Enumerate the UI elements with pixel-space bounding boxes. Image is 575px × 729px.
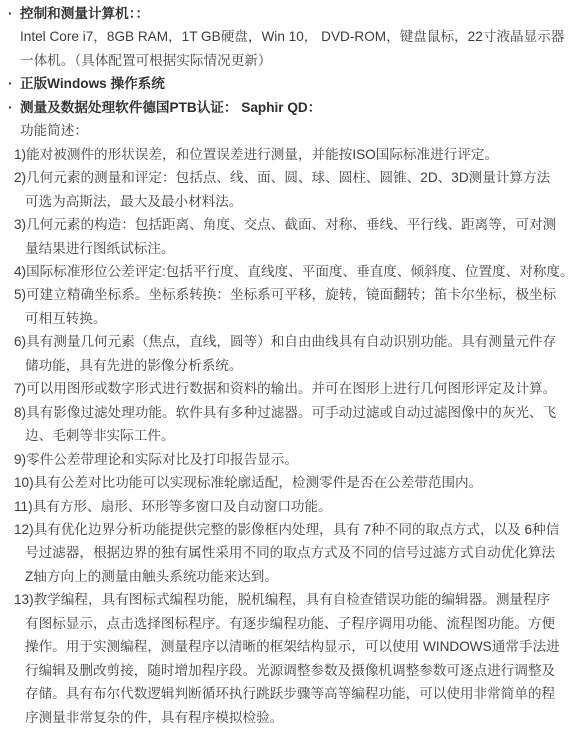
text-line: 12)具有优化边界分析功能提供完整的影像框内处理，具有 7种不同的取点方式，以及… — [0, 518, 575, 541]
text-line: 6)具有测量几何元素（焦点，直线，圆等）和自由曲线具有自动识别功能。具有测量元件… — [0, 330, 575, 353]
text-line-content: 正版Windows 操作系统 — [20, 76, 165, 91]
text-line-content: 5)可建立精确坐标系。坐标系转换：坐标系可平移，旋转，镜面翻转；笛卡尔坐标，极坐… — [14, 287, 556, 302]
text-line: 储功能，具有先进的影像分析系统。 — [0, 354, 575, 377]
text-line: Z轴方向上的测量由触头系统功能来达到。 — [0, 565, 575, 588]
text-line-content: 9)零件公差带理论和实际对比及打印报告显示。 — [14, 452, 298, 467]
text-line: 功能简述： — [0, 119, 575, 142]
bullet-icon: · — [8, 96, 20, 119]
text-line-content: 控制和测量计算机：： — [20, 6, 149, 21]
bullet-icon: · — [8, 72, 20, 95]
text-line-content: 储功能，具有先进的影像分析系统。 — [25, 358, 243, 373]
text-line: 11)具有方形、扇形、环形等多窗口及自动窗口功能。 — [0, 495, 575, 518]
text-line-content: 8)具有影像过滤处理功能。软件具有多种过滤器。可手动过滤或自动过滤图像中的灰光、… — [14, 405, 556, 420]
text-line-content: 3)几何元素的构造：包括距离、角度、交点、截面、对称、垂线、平行线、距离等，可对… — [14, 217, 556, 232]
bullet-icon: · — [8, 2, 20, 25]
text-line: 一体机。（具体配置可根据实际情况更新） — [0, 49, 575, 72]
text-line-content: 13)教学编程，具有图标式编程功能，脱机编程，具有自检查错误功能的编辑器。测量程… — [14, 592, 550, 607]
text-line: 号过滤器，根据边界的独有属性采用不同的取点方式及不同的信号过滤方式自动优化算法 — [0, 541, 575, 564]
text-line-content: 序测量非常复杂的件，具有程序模拟检验。 — [25, 710, 283, 725]
text-line: 序测量非常复杂的件，具有程序模拟检验。 — [0, 706, 575, 729]
text-line-content: 11)具有方形、扇形、环形等多窗口及自动窗口功能。 — [14, 499, 332, 514]
text-line-content: 2)几何元素的测量和评定：包括点、线、面、圆、球、圆柱、圆锥、2D、3D测量计算… — [14, 170, 550, 185]
text-line-content: Intel Core i7，8GB RAM，1T GB硬盘，Win 10， DV… — [20, 29, 564, 44]
text-line-content: 有图标显示，点击选择图标程序。有逐步编程功能、子程序调用功能、流程图功能。方便 — [25, 616, 555, 631]
text-line: 13)教学编程，具有图标式编程功能，脱机编程，具有自检查错误功能的编辑器。测量程… — [0, 588, 575, 611]
text-line-content: 12)具有优化边界分析功能提供完整的影像框内处理，具有 7种不同的取点方式，以及… — [14, 522, 559, 537]
text-line: 存储。具有布尔代数逻辑判断循环执行跳跃步骤等高等编程功能，可以使用非常简单的程 — [0, 682, 575, 705]
text-line-content: 存储。具有布尔代数逻辑判断循环执行跳跃步骤等高等编程功能，可以使用非常简单的程 — [25, 686, 555, 701]
text-line: 9)零件公差带理论和实际对比及打印报告显示。 — [0, 448, 575, 471]
text-line: 8)具有影像过滤处理功能。软件具有多种过滤器。可手动过滤或自动过滤图像中的灰光、… — [0, 401, 575, 424]
text-line: 行编辑及删改剪接，随时增加程序段。光源调整参数及摄像机调整参数可逐点进行调整及 — [0, 659, 575, 682]
text-line: 5)可建立精确坐标系。坐标系转换：坐标系可平移，旋转，镜面翻转；笛卡尔坐标，极坐… — [0, 283, 575, 306]
text-line: 2)几何元素的测量和评定：包括点、线、面、圆、球、圆柱、圆锥、2D、3D测量计算… — [0, 166, 575, 189]
text-line: 可选为高斯法，最大及最小材料法。 — [0, 190, 575, 213]
text-line-content: 操作。用于实测编程，测量程序以清晰的框架结构显示，可以使用 WINDOWS通常手… — [25, 639, 560, 654]
text-line: ·控制和测量计算机：： — [0, 2, 575, 25]
text-line-content: 号过滤器，根据边界的独有属性采用不同的取点方式及不同的信号过滤方式自动优化算法 — [25, 545, 555, 560]
text-line-content: 一体机。（具体配置可根据实际情况更新） — [20, 53, 271, 68]
text-line-content: 4)国际标准形位公差评定:包括平行度、直线度、平面度、垂直度、倾斜度、位置度、对… — [14, 264, 574, 279]
text-line-content: 功能简述： — [20, 123, 88, 138]
text-line-content: 可选为高斯法，最大及最小材料法。 — [25, 194, 243, 209]
text-line-content: 量结果进行图纸试标注。 — [25, 241, 175, 256]
document-page: ·控制和测量计算机：：Intel Core i7，8GB RAM，1T GB硬盘… — [0, 0, 575, 729]
text-line: 可相互转换。 — [0, 307, 575, 330]
text-line: 有图标显示，点击选择图标程序。有逐步编程功能、子程序调用功能、流程图功能。方便 — [0, 612, 575, 635]
text-line-content: 6)具有测量几何元素（焦点，直线，圆等）和自由曲线具有自动识别功能。具有测量元件… — [14, 334, 556, 349]
text-line: 7)可以用图形或数字形式进行数据和资料的输出。并可在图形上进行几何图形评定及计算… — [0, 377, 575, 400]
text-line-content: 测量及数据处理软件德国PTB认证： Saphir QD： — [20, 100, 321, 115]
text-line-content: 行编辑及删改剪接，随时增加程序段。光源调整参数及摄像机调整参数可逐点进行调整及 — [25, 663, 555, 678]
text-line: 10)具有公差对比功能可以实现标准轮廓适配，检测零件是否在公差带范围内。 — [0, 471, 575, 494]
document-body: ·控制和测量计算机：：Intel Core i7，8GB RAM，1T GB硬盘… — [0, 2, 575, 729]
text-line: ·测量及数据处理软件德国PTB认证： Saphir QD： — [0, 96, 575, 119]
text-line-content: 可相互转换。 — [25, 311, 107, 326]
text-line-content: 边、毛刺等非实际工件。 — [25, 428, 175, 443]
text-line: 3)几何元素的构造：包括距离、角度、交点、截面、对称、垂线、平行线、距离等，可对… — [0, 213, 575, 236]
text-line: 量结果进行图纸试标注。 — [0, 237, 575, 260]
text-line: 1)能对被测件的形状误差，和位置误差进行测量，并能按ISO国际标准进行评定。 — [0, 143, 575, 166]
text-line: ·正版Windows 操作系统 — [0, 72, 575, 95]
text-line: Intel Core i7，8GB RAM，1T GB硬盘，Win 10， DV… — [0, 25, 575, 48]
text-line: 4)国际标准形位公差评定:包括平行度、直线度、平面度、垂直度、倾斜度、位置度、对… — [0, 260, 575, 283]
text-line-content: 1)能对被测件的形状误差，和位置误差进行测量，并能按ISO国际标准进行评定。 — [14, 147, 498, 162]
text-line: 操作。用于实测编程，测量程序以清晰的框架结构显示，可以使用 WINDOWS通常手… — [0, 635, 575, 658]
text-line-content: Z轴方向上的测量由触头系统功能来达到。 — [25, 569, 278, 584]
text-line-content: 7)可以用图形或数字形式进行数据和资料的输出。并可在图形上进行几何图形评定及计算… — [14, 381, 556, 396]
text-line-content: 10)具有公差对比功能可以实现标准轮廓适配，检测零件是否在公差带范围内。 — [14, 475, 482, 490]
text-line: 边、毛刺等非实际工件。 — [0, 424, 575, 447]
